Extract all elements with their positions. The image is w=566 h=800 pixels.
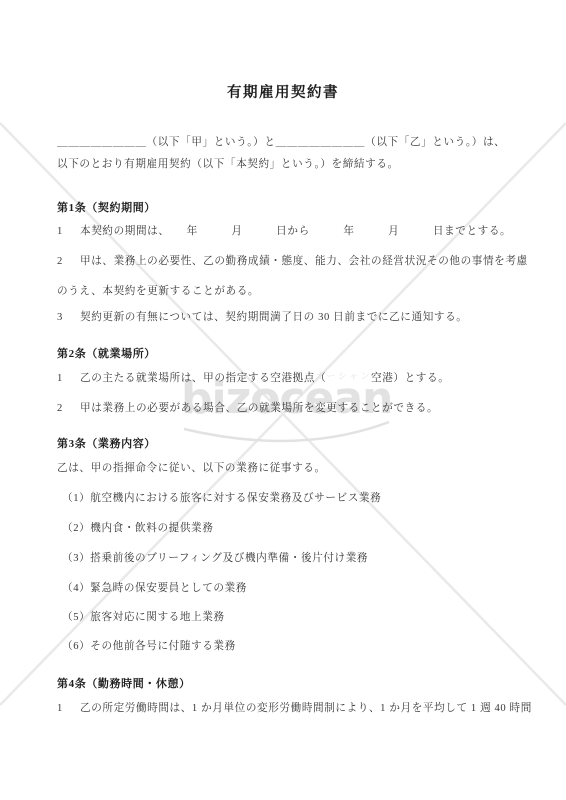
duty-list-item-1: （1）航空機内における旅客に対する保安業務及びサービス業務 <box>62 492 381 506</box>
item-text: 乙の主たる就業場所は、甲の指定する空港拠点（ 空港）とする。 <box>80 373 449 384</box>
watermark-swoosh-icon <box>184 422 389 441</box>
clause-2-item-2: 2甲は業務上の必要がある場合、乙の就業場所を変更することができる。 <box>57 402 438 416</box>
intro-line-1: ＿＿＿＿＿＿＿＿（以下「甲」という。）と＿＿＿＿＿＿＿＿（以下「乙」という。）は… <box>57 136 505 150</box>
clause-1-item-1: 1本契約の期間は、 年 月 日から 年 月 日までとする。 <box>57 225 511 239</box>
item-text: 乙の所定労働時間は、1 か月単位の変形労働時間制により、1 か月を平均して 1 … <box>80 703 532 714</box>
item-text: 甲は、業務上の必要性、乙の勤務成績・態度、能力、会社の経営状況その他の事情を考慮 <box>80 256 528 267</box>
section-heading-3: 第3条（業務内容） <box>57 437 156 451</box>
clause-1-item-2-continuation: のうえ、本契約を更新することがある。 <box>57 285 259 299</box>
item-text: 本契約の期間は、 年 月 日から 年 月 日までとする。 <box>80 226 511 237</box>
duty-list-item-4: （4）緊急時の保安要員としての業務 <box>62 582 247 596</box>
section-heading-4: 第4条（勤務時間・休憩） <box>57 677 191 691</box>
intro-line-2: 以下のとおり有期雇用契約（以下「本契約」という。）を締結する。 <box>57 158 399 172</box>
item-text: 甲は業務上の必要がある場合、乙の就業場所を変更することができる。 <box>80 403 438 414</box>
doc-title: 有期雇用契約書 <box>0 81 566 102</box>
item-number: 1 <box>57 702 80 716</box>
duty-list-item-6: （6）その他前各号に付随する業務 <box>62 640 236 654</box>
item-number: 1 <box>57 372 80 386</box>
item-text: 契約更新の有無については、契約期間満了日の 30 日前までに乙に通知する。 <box>80 312 467 323</box>
duty-list-item-2: （2）機内食・飲料の提供業務 <box>62 522 213 536</box>
section-heading-2: 第2条（就業場所） <box>57 347 156 361</box>
contract-document-page: ビズオーシャン bizocean 有期雇用契約書 ＿＿＿＿＿＿＿＿（以下「甲」と… <box>0 0 566 800</box>
item-number: 1 <box>57 225 80 239</box>
clause-3-lead: 乙は、甲の指揮命令に従い、以下の業務に従事する。 <box>57 462 326 476</box>
clause-2-item-1: 1乙の主たる就業場所は、甲の指定する空港拠点（ 空港）とする。 <box>57 372 449 386</box>
section-heading-1: 第1条（契約期間） <box>57 201 156 215</box>
item-number: 3 <box>57 311 80 325</box>
item-number: 2 <box>57 402 80 416</box>
clause-1-item-3: 3契約更新の有無については、契約期間満了日の 30 日前までに乙に通知する。 <box>57 311 467 325</box>
clause-4-item-1: 1乙の所定労働時間は、1 か月単位の変形労働時間制により、1 か月を平均して 1… <box>57 702 532 716</box>
duty-list-item-3: （3）搭乗前後のブリーフィング及び機内準備・後片付け業務 <box>62 552 368 566</box>
duty-list-item-5: （5）旅客対応に関する地上業務 <box>62 611 225 625</box>
clause-1-item-2: 2甲は、業務上の必要性、乙の勤務成績・態度、能力、会社の経営状況その他の事情を考… <box>57 255 528 269</box>
item-number: 2 <box>57 255 80 269</box>
